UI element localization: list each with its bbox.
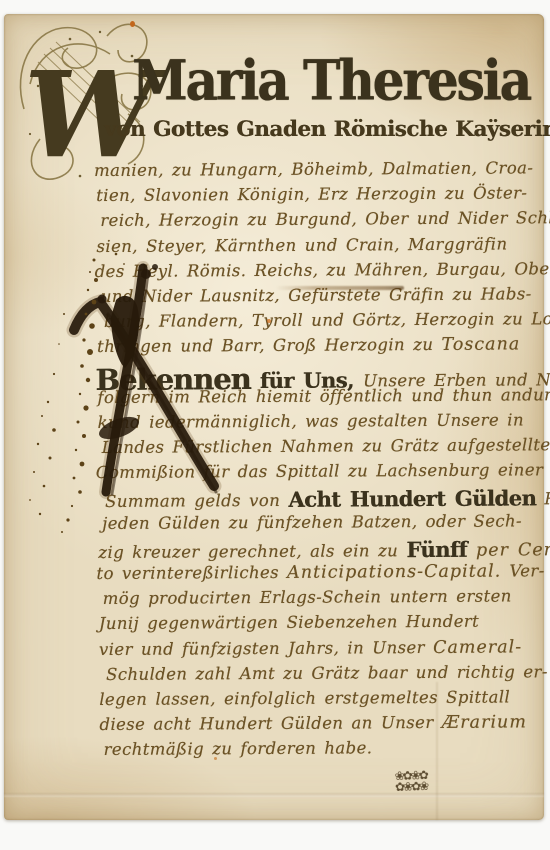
body-line: rechtmäßig zu forderen habe. <box>104 738 534 766</box>
body-line: to verintereßirliches Anticipations-Capi… <box>96 561 532 589</box>
body-line: tien, Slavonien Königin, Erz Herzogin zu… <box>96 184 530 212</box>
body-text-segment: zig kreuzer gerechnet, als ein zu <box>98 541 406 562</box>
body-line: Junij gegenwärtigen Siebenzehen Hundert <box>99 612 533 640</box>
body-text-segment: Summam gelds von <box>105 491 288 511</box>
body-text-segment: to verintereßirliches <box>96 563 287 583</box>
body-text-segment: burg, Flandern, Tyroll und Görtz, Herzog… <box>104 309 550 331</box>
body-text-segment: des Heyl. Römis. Reichs, zu Mähren, Burg… <box>95 259 550 281</box>
ornamental-stamp-icon: ❀✿❀✿✿❀✿❀ <box>394 769 457 803</box>
body-line: vier und fünfzigsten Jahrs, in Unser Cam… <box>99 637 533 665</box>
body-text-segment: legen lassen, einfolglich erstgemeltes S… <box>99 687 510 709</box>
body-line: mög producirten Erlags-Schein untern ers… <box>103 587 533 615</box>
body-text-segment: Cameral- <box>433 637 522 658</box>
paper-stain <box>267 319 271 323</box>
body-text-segment: jeden Gülden zu fünfzehen Batzen, oder S… <box>102 511 522 533</box>
body-text-segment: Fünff <box>406 537 467 562</box>
body-text-segment: Junij gegenwärtigen Siebenzehen Hundert <box>99 612 479 633</box>
body-line: jeden Gülden zu fünfzehen Batzen, oder S… <box>102 511 532 539</box>
body-text-segment: sien, Steyer, Kärnthen und Crain, Marggr… <box>96 234 507 256</box>
body-text-segment: mög producirten Erlags-Schein untern ers… <box>103 587 512 608</box>
body-text-segment: kund iedermänniglich, was gestalten Unse… <box>98 410 524 432</box>
body-text-segment: Acht Hundert Gülden <box>288 486 536 513</box>
body-text-segment: reich, Herzogin zu Burgund, Ober und Nid… <box>100 208 550 230</box>
body-line: folgern im Reich hiemit öffentlich und t… <box>97 385 531 413</box>
manuscript-paper: W Maria Theresia von Gottes Gnaden Römis… <box>4 14 544 820</box>
body-text-segment: Landes Fürstlichen Nahmen zu Grätz aufge… <box>102 435 550 457</box>
body-text-segment: Ver- <box>501 561 544 580</box>
paper-crease <box>436 682 438 820</box>
body-line: Landes Fürstlichen Nahmen zu Grätz aufge… <box>102 435 532 463</box>
body-line: manien, zu Hungarn, Böheimb, Dalmatien, … <box>94 158 530 186</box>
body-line: Summam gelds von Acht Hundert Gülden Rhe… <box>105 486 532 514</box>
body-text-segment: Commißion für das Spittall zu Lachsenbur… <box>96 461 543 483</box>
body-line: Commißion für das Spittall zu Lachsenbur… <box>96 461 532 489</box>
body-line: Schulden zahl Amt zu Grätz baar und rich… <box>106 662 533 690</box>
body-text-segment: per Cen- <box>467 540 550 561</box>
body-line: thringen und Barr, Groß Herzogin zu Tosc… <box>97 335 531 363</box>
body-text-segment: rechtmäßig zu forderen habe. <box>104 739 373 760</box>
body-text-segment: Rheinl. <box>536 489 550 508</box>
body-line: zig kreuzer gerechnet, als ein zu Fünff … <box>98 536 532 564</box>
body-line: kund iedermänniglich, was gestalten Unse… <box>98 410 532 438</box>
body-text-segment: thringen und Barr, Groß Herzogin zu <box>97 335 441 356</box>
body-line: des Heyl. Römis. Reichs, zu Mähren, Burg… <box>95 259 531 287</box>
document-subtitle: von Gottes Gnaden Römische Kaÿserin, in … <box>104 117 544 142</box>
body-line: diese acht Hundert Gülden an Unser Ærari… <box>99 712 533 740</box>
body-text-segment: Schulden zahl Amt zu Grätz baar und rich… <box>106 662 548 684</box>
body-text-segment: tien, Slavonien Königin, Erz Herzogin zu… <box>96 184 527 206</box>
body-line: sien, Steyer, Kärnthen und Crain, Marggr… <box>96 234 530 262</box>
paper-stain <box>130 21 135 27</box>
body-line: legen lassen, einfolglich erstgemeltes S… <box>99 687 533 715</box>
body-line: burg, Flandern, Tyroll und Görtz, Herzog… <box>104 309 531 337</box>
body-text-segment: manien, zu Hungarn, Böheimb, Dalmatien, … <box>94 158 533 180</box>
document-body: manien, zu Hungarn, Böheimb, Dalmatien, … <box>96 158 534 765</box>
body-text-segment: Anticipations-Capital. <box>287 562 501 583</box>
body-text-segment: Ærarium <box>442 713 527 734</box>
ink-smear <box>276 286 404 290</box>
document-title: Maria Theresia <box>132 48 542 113</box>
paper-stain <box>214 757 217 760</box>
body-text-segment: diese acht Hundert Gülden an Unser <box>99 713 441 734</box>
paper-crease <box>4 793 544 797</box>
body-text-segment: vier und fünfzigsten Jahrs, in Unser <box>99 638 433 659</box>
body-text-segment: folgern im Reich hiemit öffentlich und t… <box>97 385 550 407</box>
body-line: reich, Herzogin zu Burgund, Ober und Nid… <box>100 209 530 237</box>
body-text-segment: Toscana <box>441 335 520 355</box>
body-line: Bekennen für Uns, Unsere Erben und Nach- <box>95 360 531 388</box>
